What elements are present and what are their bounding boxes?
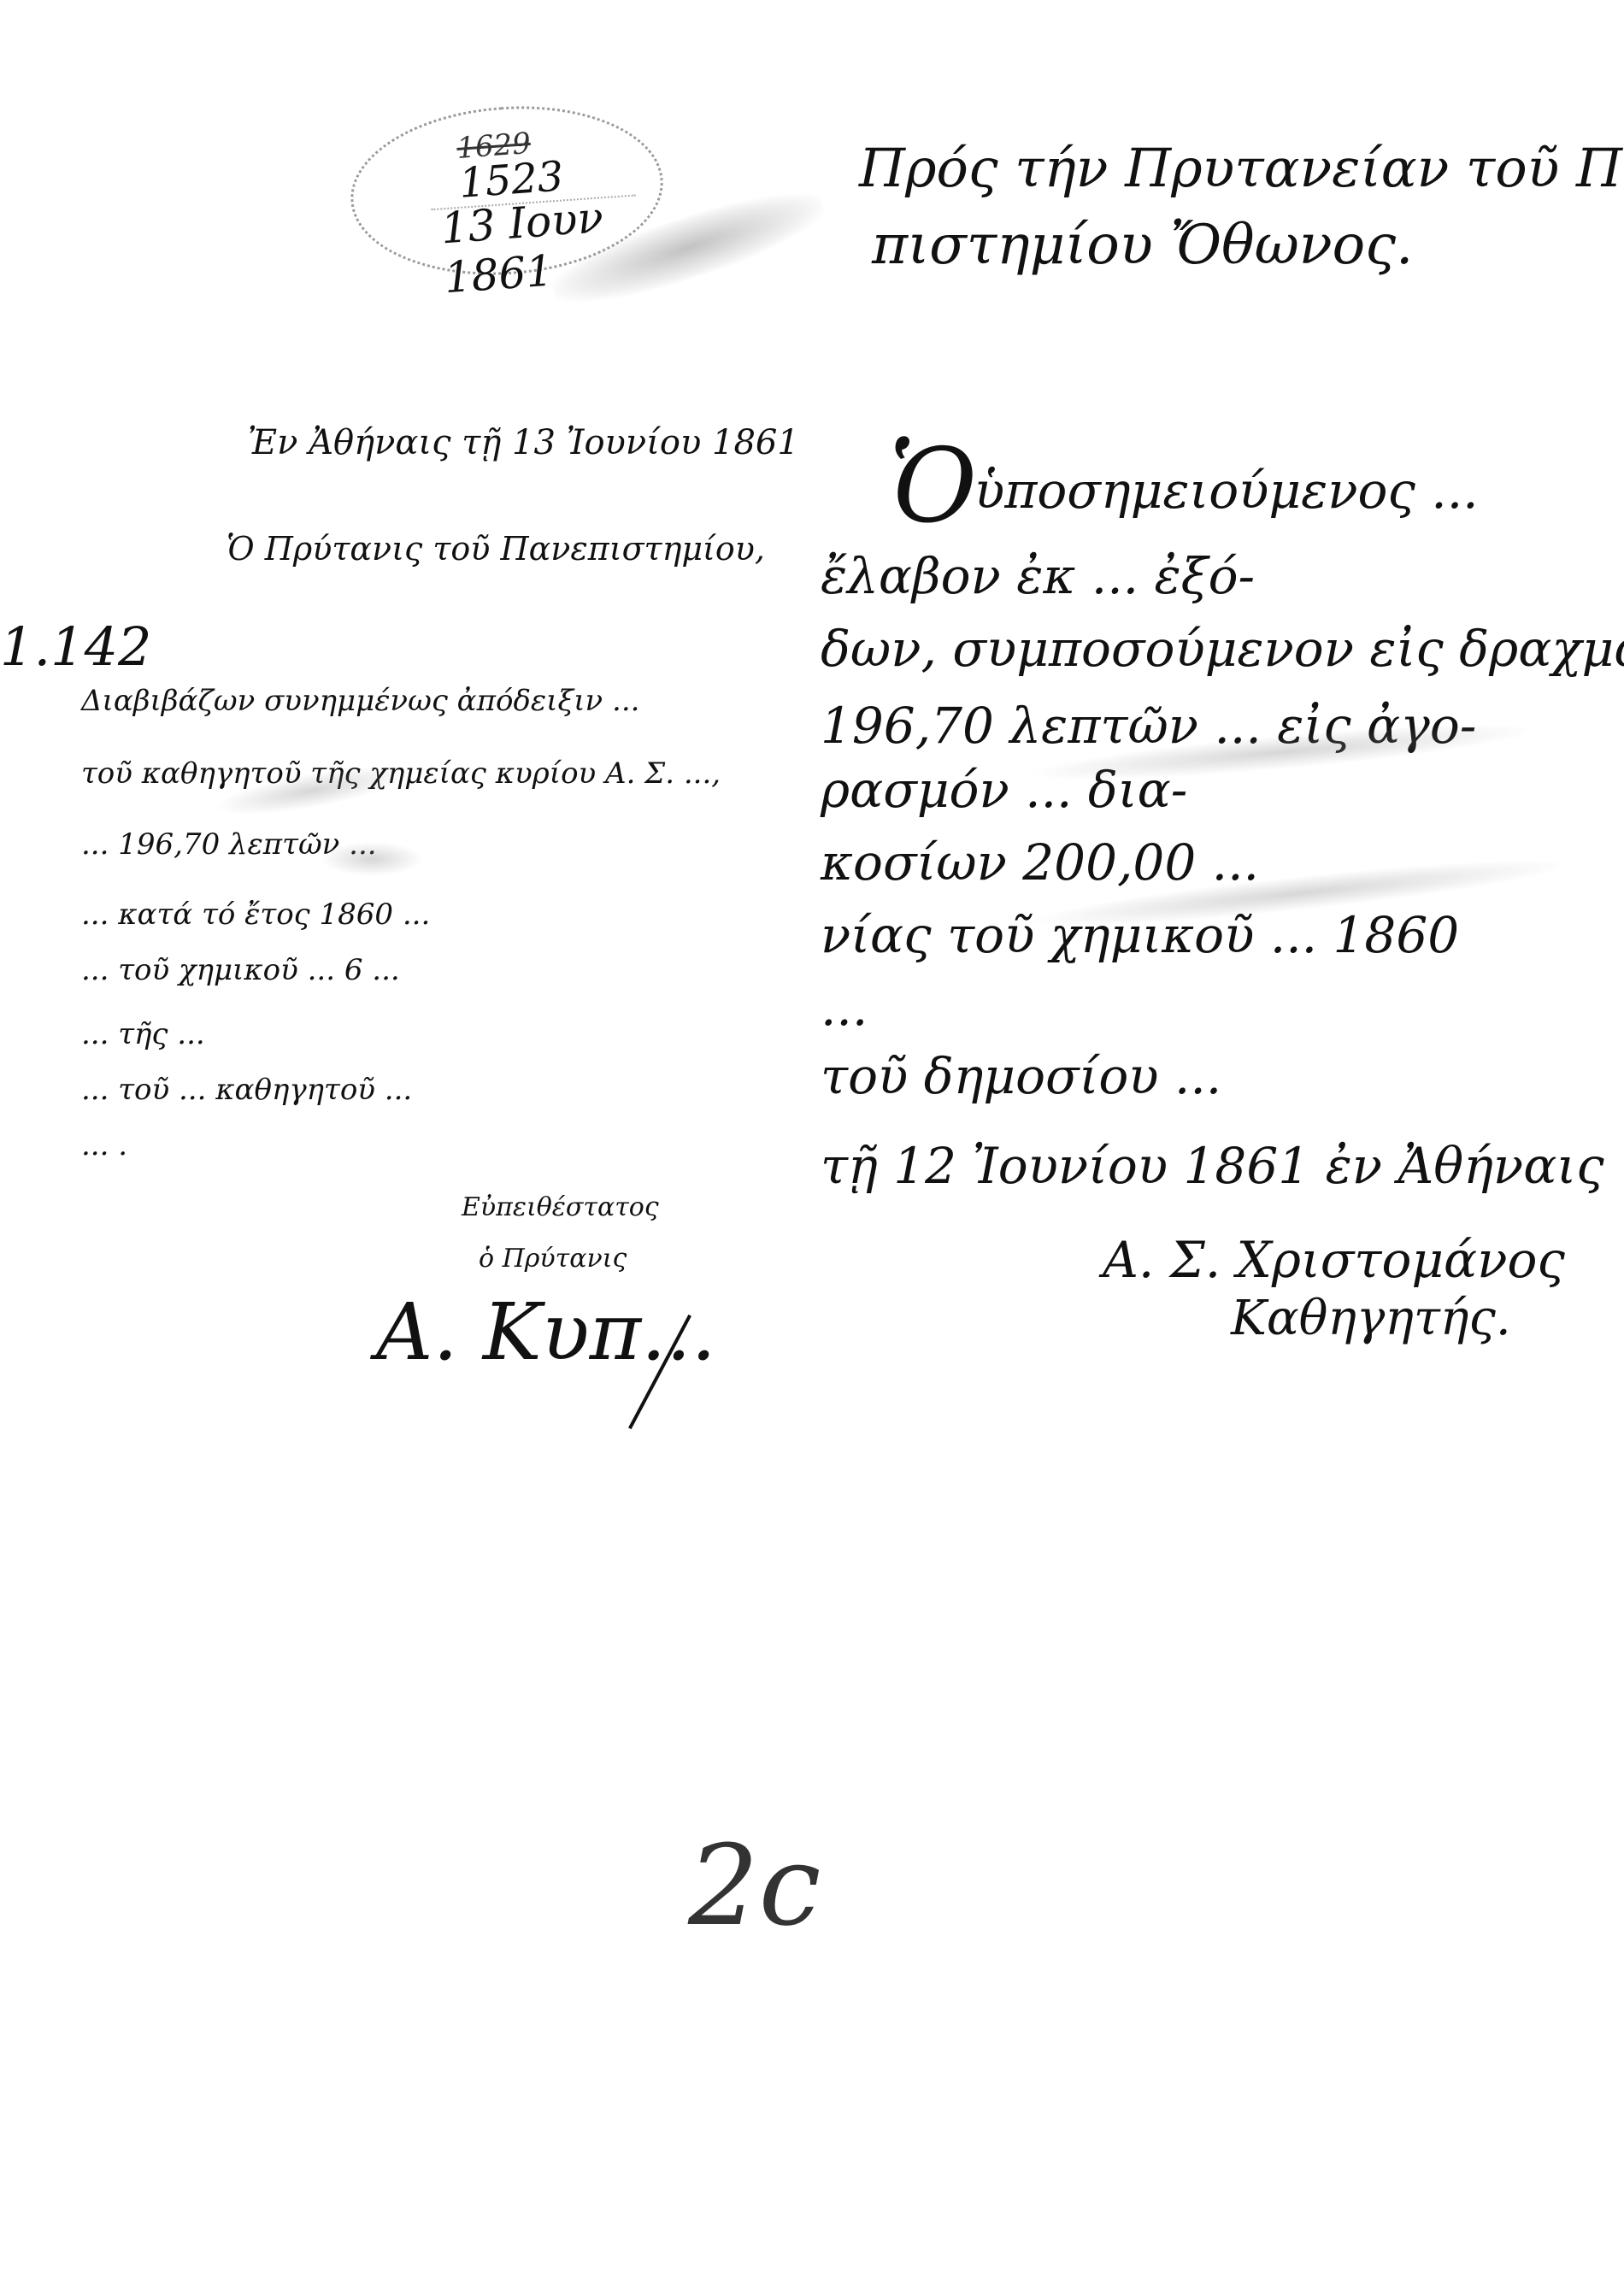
left-body-line: ... τοῦ ... καθηγητοῦ ... [81, 1073, 412, 1107]
left-body-line: ... τοῦ χημικοῦ ... 6 ... [81, 953, 400, 987]
right-body-line: ἔλαβον ἐκ ... ἐξό- [821, 547, 1255, 605]
right-first-line: ὑποσημειούμενος ... [974, 462, 1479, 520]
right-body-line: ... [821, 979, 868, 1037]
left-body-line: Διαβιβάζων συνημμένως ἀπόδειξιν ... [81, 684, 639, 718]
document-page: 1629 1523 13 Ιουν 1861 Πρός τήν Πρυτανεί… [0, 0, 1624, 2295]
left-body-line: ... κατά τό ἔτος 1860 ... [81, 897, 430, 932]
left-body-line: ... τῆς ... [81, 1017, 205, 1051]
address-line-2: πιστημίου Ὄθωνος. [872, 214, 1413, 277]
right-date-line: τῇ 12 Ἰουνίου 1861 ἐν Ἀθήναις [821, 1137, 1604, 1195]
left-body-line: ... . [81, 1128, 127, 1162]
right-body-line: δων, συμποσούμενον εἰς δραχμάς [821, 620, 1624, 678]
address-line-1: Πρός τήν Πρυτανείαν τοῦ Πανε- [859, 137, 1624, 199]
right-body-line: κοσίων 200,00 ... [821, 833, 1259, 892]
margin-number: 1.142 [0, 615, 152, 678]
ink-smudge [321, 842, 423, 876]
professor-signature-name: Α. Σ. Χριστομάνος [1103, 1231, 1565, 1289]
left-date-line: Ἐν Ἀθήναις τῇ 13 Ἰουνίου 1861 [248, 423, 799, 462]
left-intro-line: Ὁ Πρύτανις τοῦ Πανεπιστημίου, [227, 530, 765, 568]
right-initial-letter: Ὁ [889, 427, 977, 546]
folio-number: 2c [688, 1821, 821, 1951]
left-closing-line-2: ὁ Πρύτανις [479, 1244, 627, 1274]
left-closing-line-1: Εὐπειθέστατος [462, 1192, 659, 1222]
professor-signature-title: Καθηγητής. [1231, 1291, 1511, 1346]
right-body-line: τοῦ δημοσίου ... [821, 1047, 1221, 1105]
